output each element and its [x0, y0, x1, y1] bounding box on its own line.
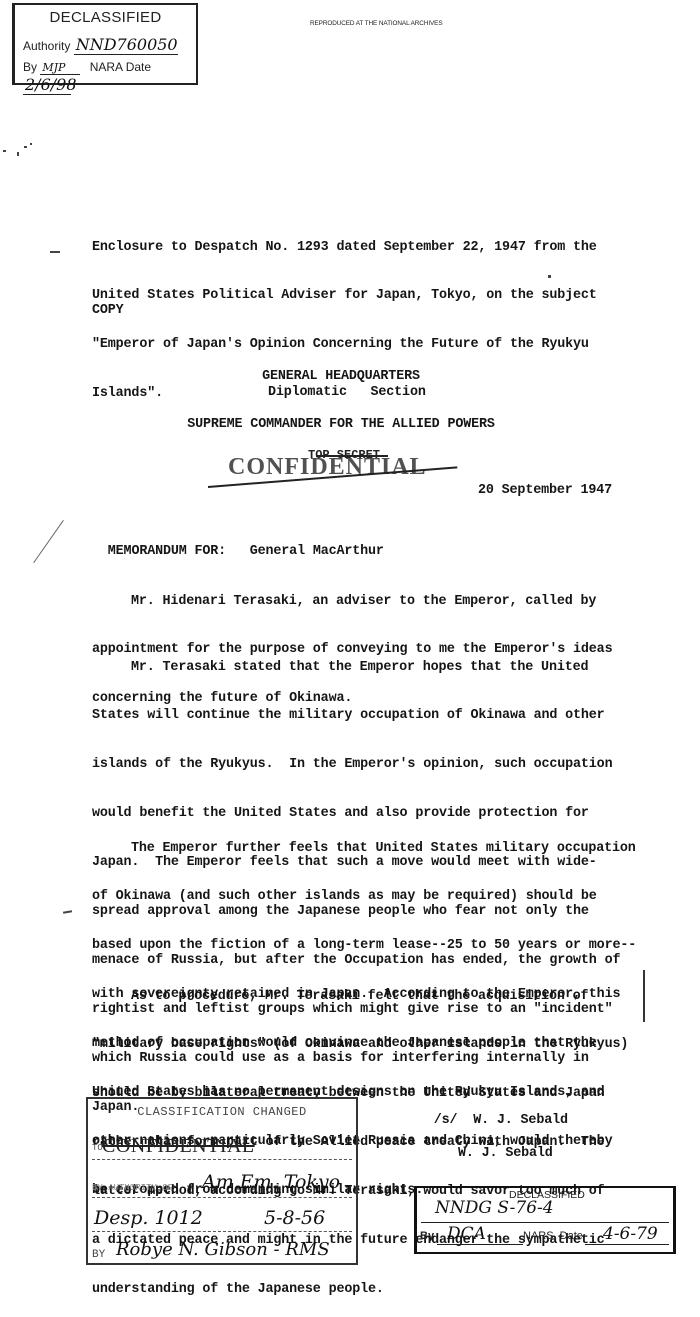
typed-name: W. J. Sebald [458, 1146, 553, 1162]
paragraph-line: States will continue the military occupa… [92, 708, 620, 724]
signed-name: W. J. Sebald [473, 1113, 568, 1128]
struck-level: CONFIDENTIAL [102, 1135, 255, 1158]
stamp-underline [437, 1244, 523, 1245]
signed-marker: /s/ [434, 1113, 458, 1128]
stamp-dashed-line [92, 1197, 352, 1198]
paragraph-line: Mr. Terasaki stated that the Emperor hop… [92, 660, 620, 676]
copy-label: COPY [92, 303, 124, 319]
stamp-by-row: By MJP NARA Date 2/6/98 [23, 60, 196, 95]
enclosure-line: United States Political Adviser for Japa… [92, 288, 597, 304]
paragraph-line: Mr. Hidenari Terasaki, an adviser to the… [92, 594, 612, 610]
stamp-dashed-line [92, 1231, 352, 1232]
paragraph-line: based upon the fiction of a long-term le… [92, 938, 636, 954]
stamp-authority-row: Authority NND760050 [23, 35, 178, 55]
by-hand: DCA [447, 1224, 486, 1244]
margin-speck [17, 152, 19, 156]
date-label: NARS, Date [523, 1230, 583, 1242]
by-hand: Robye N. Gibson - RMS [116, 1239, 330, 1260]
margin-speck [24, 146, 27, 148]
authority-hand: NNDG S-76-4 [435, 1198, 554, 1218]
margin-dash-mark [50, 251, 60, 253]
by-value: MJP [40, 61, 80, 75]
stamp-underline [585, 1244, 669, 1245]
memo-date: 20 September 1947 [478, 483, 612, 499]
stamp-dashed-line [92, 1159, 352, 1160]
authority-faint: BY AUTHORITY OF [92, 1183, 173, 1193]
date-label: NARA Date [90, 60, 151, 74]
strike-line [316, 455, 388, 457]
stamp-title: DECLASSIFIED [15, 9, 196, 26]
margin-bracket-mark [643, 970, 645, 1022]
margin-speck [30, 143, 32, 145]
paragraph-line: islands of the Ryukyus. In the Emperor's… [92, 757, 620, 773]
margin-dash-mark [63, 910, 72, 913]
letterhead-line-2: SUPREME COMMANDER FOR THE ALLIED POWERS [0, 417, 700, 433]
margin-speck [3, 150, 6, 152]
date-hand: 4-6-79 [603, 1224, 658, 1244]
enclosure-line: Enclosure to Despatch No. 1293 dated Sep… [92, 240, 597, 256]
paragraph-line: understanding of the Japanese people. [92, 1282, 628, 1298]
margin-slash-mark [33, 520, 64, 563]
letterhead-line-1: GENERAL HEADQUARTERS [0, 369, 700, 385]
memo-recipient: General MacArthur [250, 544, 384, 559]
authority-value: NND760050 [74, 35, 178, 55]
authority-label: Authority [23, 39, 70, 53]
classification-changed-stamp: CLASSIFICATION CHANGED TO CONFIDENTIAL B… [86, 1097, 358, 1265]
by-label: BY [92, 1249, 105, 1261]
date-value: 2/6/98 [23, 75, 71, 95]
memo-header: MEMORANDUM FOR: General MacArthur [92, 528, 384, 561]
authority-hand: Am Em. Tokyo [202, 1171, 340, 1193]
paragraph-line: "military base rights" (of Okinawa and o… [92, 1037, 628, 1053]
paragraph-line: of Okinawa (and such other islands as ma… [92, 889, 636, 905]
by-label: By [420, 1230, 434, 1242]
stamp-underline [421, 1222, 669, 1223]
letterhead-section: Diplomatic Section [268, 385, 426, 401]
signature-signed: /s/ W. J. Sebald [418, 1097, 568, 1130]
despatch-hand: Desp. 1012 [94, 1207, 203, 1229]
paragraph-line: The Emperor further feels that United St… [92, 841, 636, 857]
paragraph-line: As to procedure, Mr. Terasaki felt that … [92, 989, 628, 1005]
declassified-stamp: DECLASSIFIED Authority NND760050 By MJP … [12, 3, 198, 85]
classification-stamp: TOP SECRET CONFIDENTIAL [228, 448, 448, 488]
memo-label: MEMORANDUM FOR: [108, 544, 226, 559]
stamp-header: CLASSIFICATION CHANGED [88, 1105, 356, 1119]
by-label: By [23, 60, 37, 74]
date-hand: 5-8-56 [264, 1207, 325, 1229]
nars-declassified-stamp: DECLASSIFIED NNDG S-76-4 By DCA NARS, Da… [414, 1186, 676, 1254]
reproduced-notice: REPRODUCED AT THE NATIONAL ARCHIVES [310, 20, 443, 27]
